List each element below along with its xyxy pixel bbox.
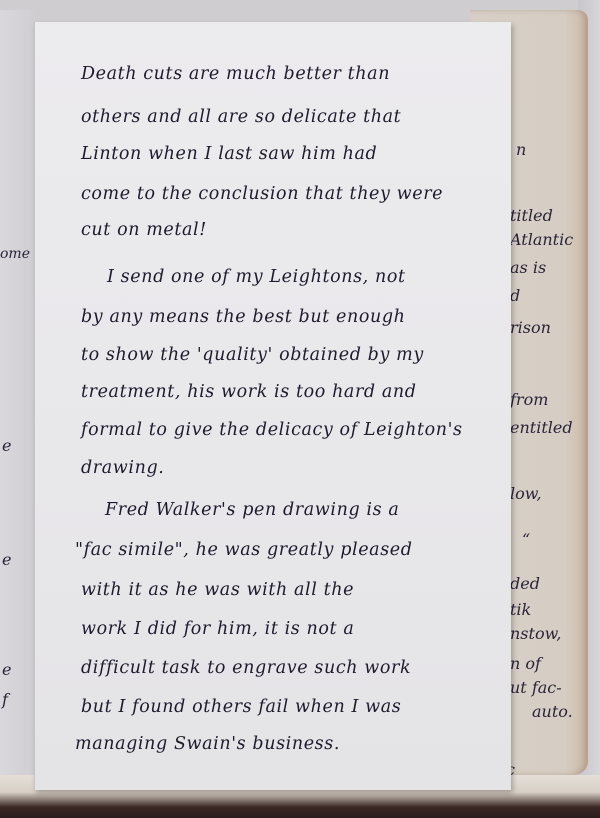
fragment: d: [510, 286, 520, 305]
text-line: by any means the best but enough: [81, 307, 531, 327]
text-line: Fred Walker's pen drawing is a: [105, 500, 555, 520]
text-line: difficult task to engrave such work: [81, 658, 531, 678]
fragment: e: [2, 660, 11, 679]
text-line: treatment, his work is too hard and: [81, 382, 531, 402]
text-line: come to the conclusion that they were: [81, 184, 531, 204]
text-line: I send one of my Leightons, not: [107, 267, 557, 287]
text-line: to show the 'quality' obtained by my: [81, 345, 531, 365]
text-line: Linton when I last saw him had: [81, 144, 531, 164]
text-line: Death cuts are much better than: [81, 64, 531, 84]
text-line: others and all are so delicate that: [81, 107, 531, 127]
text-line: with it as he was with all the: [81, 580, 531, 600]
fragment: f: [2, 690, 8, 709]
text-line: formal to give the delicacy of Leighton'…: [81, 420, 531, 440]
fragment: e: [2, 550, 11, 569]
text-line: but I found others fail when I was: [81, 697, 531, 717]
fragment: ome: [0, 246, 30, 262]
text-line: "fac simile", he was greatly pleased: [75, 540, 525, 560]
background-page-left: ome e e e f: [0, 10, 36, 800]
text-line: managing Swain's business.: [75, 734, 525, 754]
text-line: work I did for him, it is not a: [81, 619, 531, 639]
manuscript-sheet: Death cuts are much better than others a…: [34, 22, 511, 790]
text-line: cut on metal!: [81, 220, 531, 240]
fragment: ut fac-: [510, 678, 562, 697]
text-line: drawing.: [81, 458, 531, 478]
fragment: e: [2, 436, 11, 455]
fragment: tik: [510, 600, 531, 619]
fragment: auto.: [532, 702, 573, 721]
